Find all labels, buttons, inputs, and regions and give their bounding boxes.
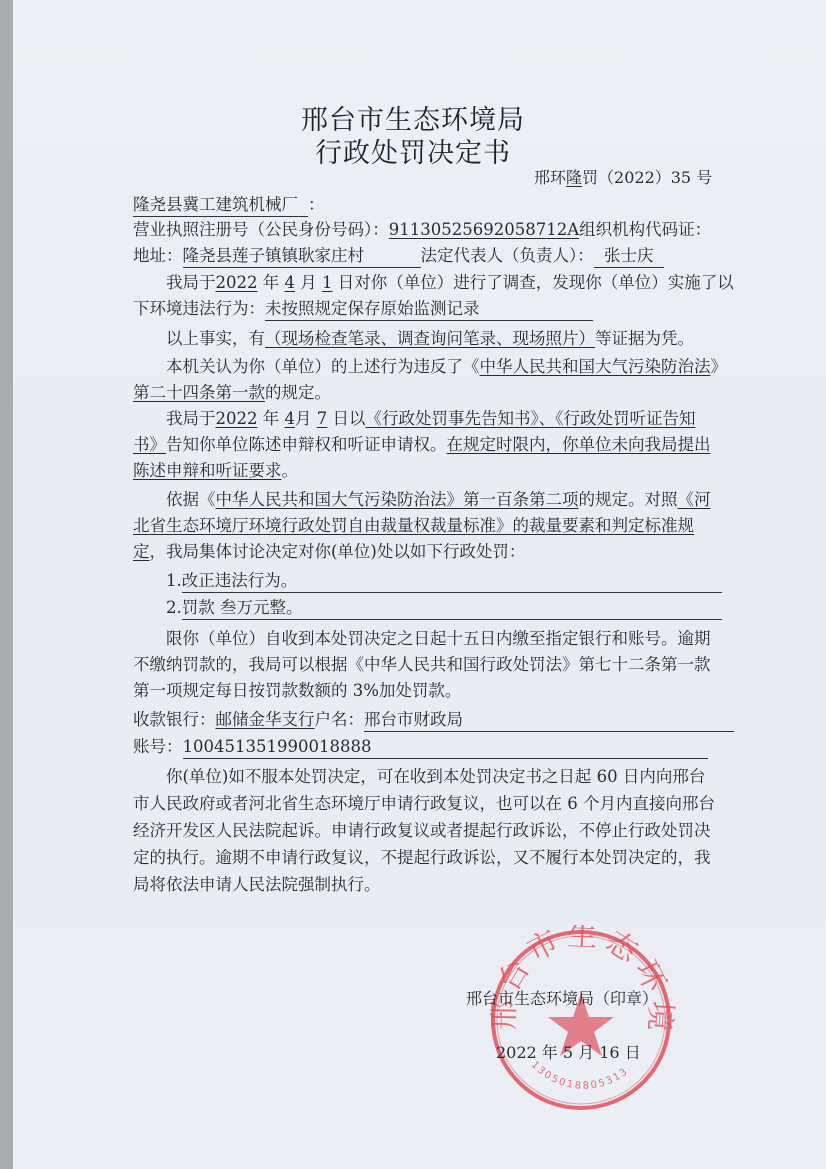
bank-line: 收款银行：邮储金华支行户名：邢台市财政局 (133, 709, 734, 732)
official-seal-icon: 邢台市生态环境局 1305018805313 (486, 925, 676, 1115)
investigation-paragraph: 我局于2022 年 4 月 1 日对你（单位）进行了调查，发现你（单位）实施了以 (133, 272, 734, 294)
issue-date: 2022 年 5 月 16 日 (496, 1040, 641, 1063)
payment-paragraph: 限你（单位）自收到本处罚决定之日起十五日内缴至指定银行和账号。逾期 (133, 628, 711, 650)
notice-paragraph: 我局于2022 年 4月 7 日以《行政处罚事先告知书》、《行政处罚听证告知 (133, 408, 696, 430)
fine-amount: 罚款 叁万元整。 (182, 597, 722, 620)
payment-line3: 第一项规定每日按罚款数额的 3%加处罚款。 (133, 680, 461, 702)
legal-basis-paragraph: 本机关认为你（单位）的上述行为违反了《中华人民共和国大气污染防治法》 (133, 356, 727, 378)
scan-edge (0, 0, 13, 1169)
legal-basis-line2: 第二十四条第一款的规定。 (133, 382, 331, 404)
payment-line2: 不缴纳罚款的，我局可以根据《中华人民共和国行政处罚法》第七十二条第一款 (133, 654, 711, 676)
decision-basis-line2: 北省生态环境厅环境行政处罚自由裁量权裁量标准》的裁量要素和判定标准规 (133, 515, 694, 537)
appeal-line2: 市人民政府或者河北省生态环境厅申请行政复议，也可以在 6 个月内直接向邢台 (133, 793, 715, 815)
penalty-item-2: 2.罚款 叁万元整。 (133, 597, 722, 620)
notice-line2: 书》告知你单位陈述申辩权和听证申请权。在规定时限内，你单位未向我局提出 (133, 434, 711, 456)
issuer-signature: 邢台市生态环境局（印章） (466, 986, 658, 1009)
address-value: 隆尧县莲子镇镇耿家庄村 (183, 245, 421, 268)
payee-name: 邢台市财政局 (364, 709, 734, 732)
appeal-paragraph: 你(单位)如不服本处罚决定，可在收到本处罚决定书之日起 60 日内向邢台 (133, 766, 705, 788)
notice-line3: 陈述申辩和听证要求。 (133, 460, 298, 482)
violation-line: 下环境违法行为：未按照规定保存原始监测记录 (133, 298, 593, 321)
party-name: 隆尧县冀工建筑机械厂 (133, 194, 308, 217)
bank-name: 邮储金华支行 (216, 710, 315, 729)
account-number: 100451351990018888 (183, 736, 708, 759)
penalty-item-1: 1.改正违法行为。 (133, 570, 722, 593)
license-number: 91130525692058712A (389, 220, 579, 239)
document-number: 邢环隆罚（2022）35 号 (534, 165, 712, 188)
appeal-line4: 定的执行。逾期不申请行政复议，不提起行政诉讼，又不履行本处罚决定的，我 (133, 847, 711, 869)
decision-basis-paragraph: 依据《中华人民共和国大气污染防治法》第一百条第二项的规定。对照《河 (133, 489, 711, 511)
account-line: 账号：100451351990018888 (133, 736, 708, 759)
evidence-list: （现场检查笔录、调查询问笔录、现场照片） (265, 329, 595, 348)
svg-text:1305018805313: 1305018805313 (529, 1059, 631, 1091)
address-line: 地址：隆尧县莲子镇镇耿家庄村法定代表人（负责人）：张士庆 (133, 245, 664, 268)
party-name-line: 隆尧县冀工建筑机械厂： (133, 194, 325, 217)
violation-description: 未按照规定保存原始监测记录 (265, 298, 593, 321)
license-line: 营业执照注册号（公民身份号码）：91130525692058712A组织机构代码… (133, 219, 711, 241)
appeal-line3: 经济开发区人民法院起诉。申请行政复议或者提起行政诉讼，不停止行政处罚决 (133, 820, 711, 842)
appeal-line5: 局将依法申请人民法院强制执行。 (133, 874, 381, 896)
decision-basis-line3: 定，我局集体讨论决定对你(单位)处以如下行政处罚： (133, 541, 525, 563)
legal-representative: 张士庆 (594, 245, 664, 268)
evidence-paragraph: 以上事实，有（现场检查笔录、调查询问笔录、现场照片）等证据为凭。 (133, 328, 694, 350)
